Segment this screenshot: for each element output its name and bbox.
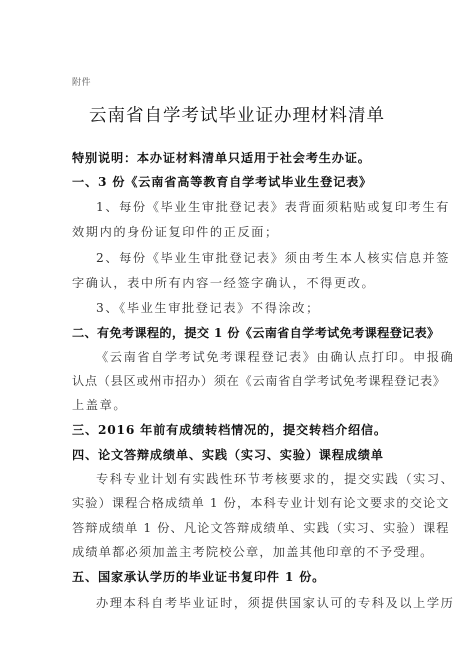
section-2-line-1: 《云南省自学考试免考课程登记表》由确认点打印。申报确 (96, 349, 454, 365)
section-1-item-2-line-2: 字确认，表中所有内容一经签字确认，不得更改。 (72, 275, 375, 291)
section-1-item-1-line-1: 1、每份《毕业生审批登记表》表背面须粘贴或复印考生有 (96, 199, 450, 215)
section-3-heading: 三、2016 年前有成绩转档情况的，提交转档介绍信。 (72, 422, 387, 438)
section-5-line-1: 办理本科自考毕业证时，须提供国家认可的专科及以上学历 (96, 595, 454, 611)
section-1-item-3-line-1: 3、《毕业生审批登记表》不得涂改； (96, 300, 320, 316)
section-5-heading: 五、国家承认学历的毕业证书复印件 1 份。 (72, 569, 325, 585)
section-2-line-3: 上盖章。 (72, 397, 127, 413)
special-note: 特别说明：本办证材料清单只适用于社会考生办证。 (72, 150, 371, 166)
section-4-heading: 四、论文答辩成绩单、实践（实习、实验）课程成绩单 (72, 447, 384, 463)
section-1-heading: 一、3 份《云南省高等教育自学考试毕业生登记表》 (72, 174, 372, 190)
section-1-item-2-line-1: 2、每份《毕业生审批登记表》须由考生本人核实信息并签 (96, 250, 450, 266)
section-2-line-2: 认点（县区或州市招办）须在《云南省自学考试免考课程登记表》 (72, 373, 446, 389)
section-1-item-1-line-2: 效期内的身份证复印件的正反面； (72, 224, 279, 240)
section-4-line-1: 专科专业计划有实践性环节考核要求的，提交实践（实习、 (96, 471, 454, 487)
section-2-heading: 二、有免考课程的，提交 1 份《云南省自学考试免考课程登记表》 (72, 325, 440, 341)
section-4-line-3: 答辩成绩单 1 份、凡论文答辩成绩单、实践（实习、实验）课程 (72, 520, 450, 536)
attachment-label: 附件 (72, 75, 91, 91)
section-4-line-2: 实验）课程合格成绩单 1 份，本科专业计划有论文要求的交论文 (72, 495, 450, 511)
section-4-line-4: 成绩单都必须加盖主考院校公章，加盖其他印章的不予受理。 (72, 544, 433, 560)
document-title: 云南省自学考试毕业证办理材料清单 (0, 102, 474, 127)
